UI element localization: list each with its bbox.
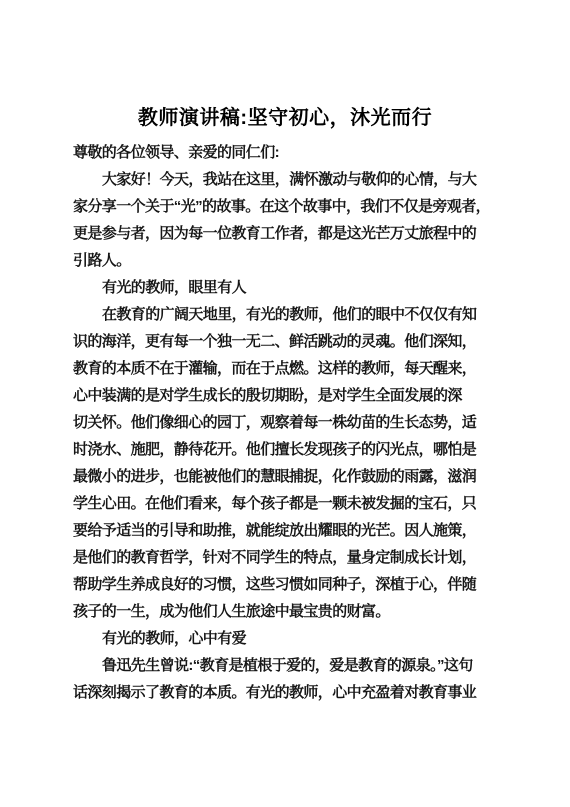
text-line: 孩子的一生，成为他们人生旅途中最宝贵的财富。 (73, 598, 497, 625)
text-line: 鲁迅先生曾说:“教育是植根于爱的，爱是教育的源泉。”这句 (73, 652, 497, 679)
text-line: 识的海洋，更有每一个独一无二、鲜活跳动的灵魂。他们深知， (73, 328, 497, 355)
text-line: 教育的本质不在于灌输，而在于点燃。这样的教师，每天醒来， (73, 355, 497, 382)
text-line: 有光的教师，心中有爱 (73, 625, 497, 652)
text-line: 大家好！今天，我站在这里，满怀激动与敬仰的心情，与大 (73, 166, 497, 193)
text-line: 在教育的广阔天地里，有光的教师，他们的眼中不仅仅有知 (73, 301, 497, 328)
text-line: 帮助学生养成良好的习惯，这些习惯如同种子，深植于心，伴随 (73, 571, 497, 598)
text-line: 时浇水、施肥，静待花开。他们擅长发现孩子的闪光点，哪怕是 (73, 436, 497, 463)
paragraph: 大家好！今天，我站在这里，满怀激动与敬仰的心情，与大家分享一个关于“光”的故事。… (73, 166, 497, 274)
text-line: 引路人。 (73, 247, 497, 274)
text-line: 话深刻揭示了教育的本质。有光的教师，心中充盈着对教育事业 (73, 679, 497, 706)
document-page: 教师演讲稿:坚守初心，沐光而行 尊敬的各位领导、亲爱的同仁们:大家好！今天，我站… (0, 0, 570, 807)
text-line: 是他们的教育哲学，针对不同学生的特点，量身定制成长计划， (73, 544, 497, 571)
document-body: 尊敬的各位领导、亲爱的同仁们:大家好！今天，我站在这里，满怀激动与敬仰的心情，与… (73, 139, 497, 706)
text-line: 要给予适当的引导和助推，就能绽放出耀眼的光芒。因人施策， (73, 517, 497, 544)
text-line: 尊敬的各位领导、亲爱的同仁们: (73, 139, 497, 166)
document-title: 教师演讲稿:坚守初心，沐光而行 (0, 101, 570, 135)
paragraph: 在教育的广阔天地里，有光的教师，他们的眼中不仅仅有知识的海洋，更有每一个独一无二… (73, 301, 497, 625)
section-subheading: 有光的教师，眼里有人 (73, 274, 497, 301)
text-line: 更是参与者，因为每一位教育工作者，都是这光芒万丈旅程中的 (73, 220, 497, 247)
text-line: 有光的教师，眼里有人 (73, 274, 497, 301)
text-line: 家分享一个关于“光”的故事。在这个故事中，我们不仅是旁观者， (73, 193, 497, 220)
text-line: 切关怀。他们像细心的园丁，观察着每一株幼苗的生长态势，适 (73, 409, 497, 436)
text-line: 心中装满的是对学生成长的殷切期盼，是对学生全面发展的深 (73, 382, 497, 409)
salutation-line: 尊敬的各位领导、亲爱的同仁们: (73, 139, 497, 166)
text-line: 最微小的进步，也能被他们的慧眼捕捉，化作鼓励的雨露，滋润 (73, 463, 497, 490)
section-subheading: 有光的教师，心中有爱 (73, 625, 497, 652)
text-line: 学生心田。在他们看来，每个孩子都是一颗未被发掘的宝石，只 (73, 490, 497, 517)
paragraph: 鲁迅先生曾说:“教育是植根于爱的，爱是教育的源泉。”这句话深刻揭示了教育的本质。… (73, 652, 497, 706)
